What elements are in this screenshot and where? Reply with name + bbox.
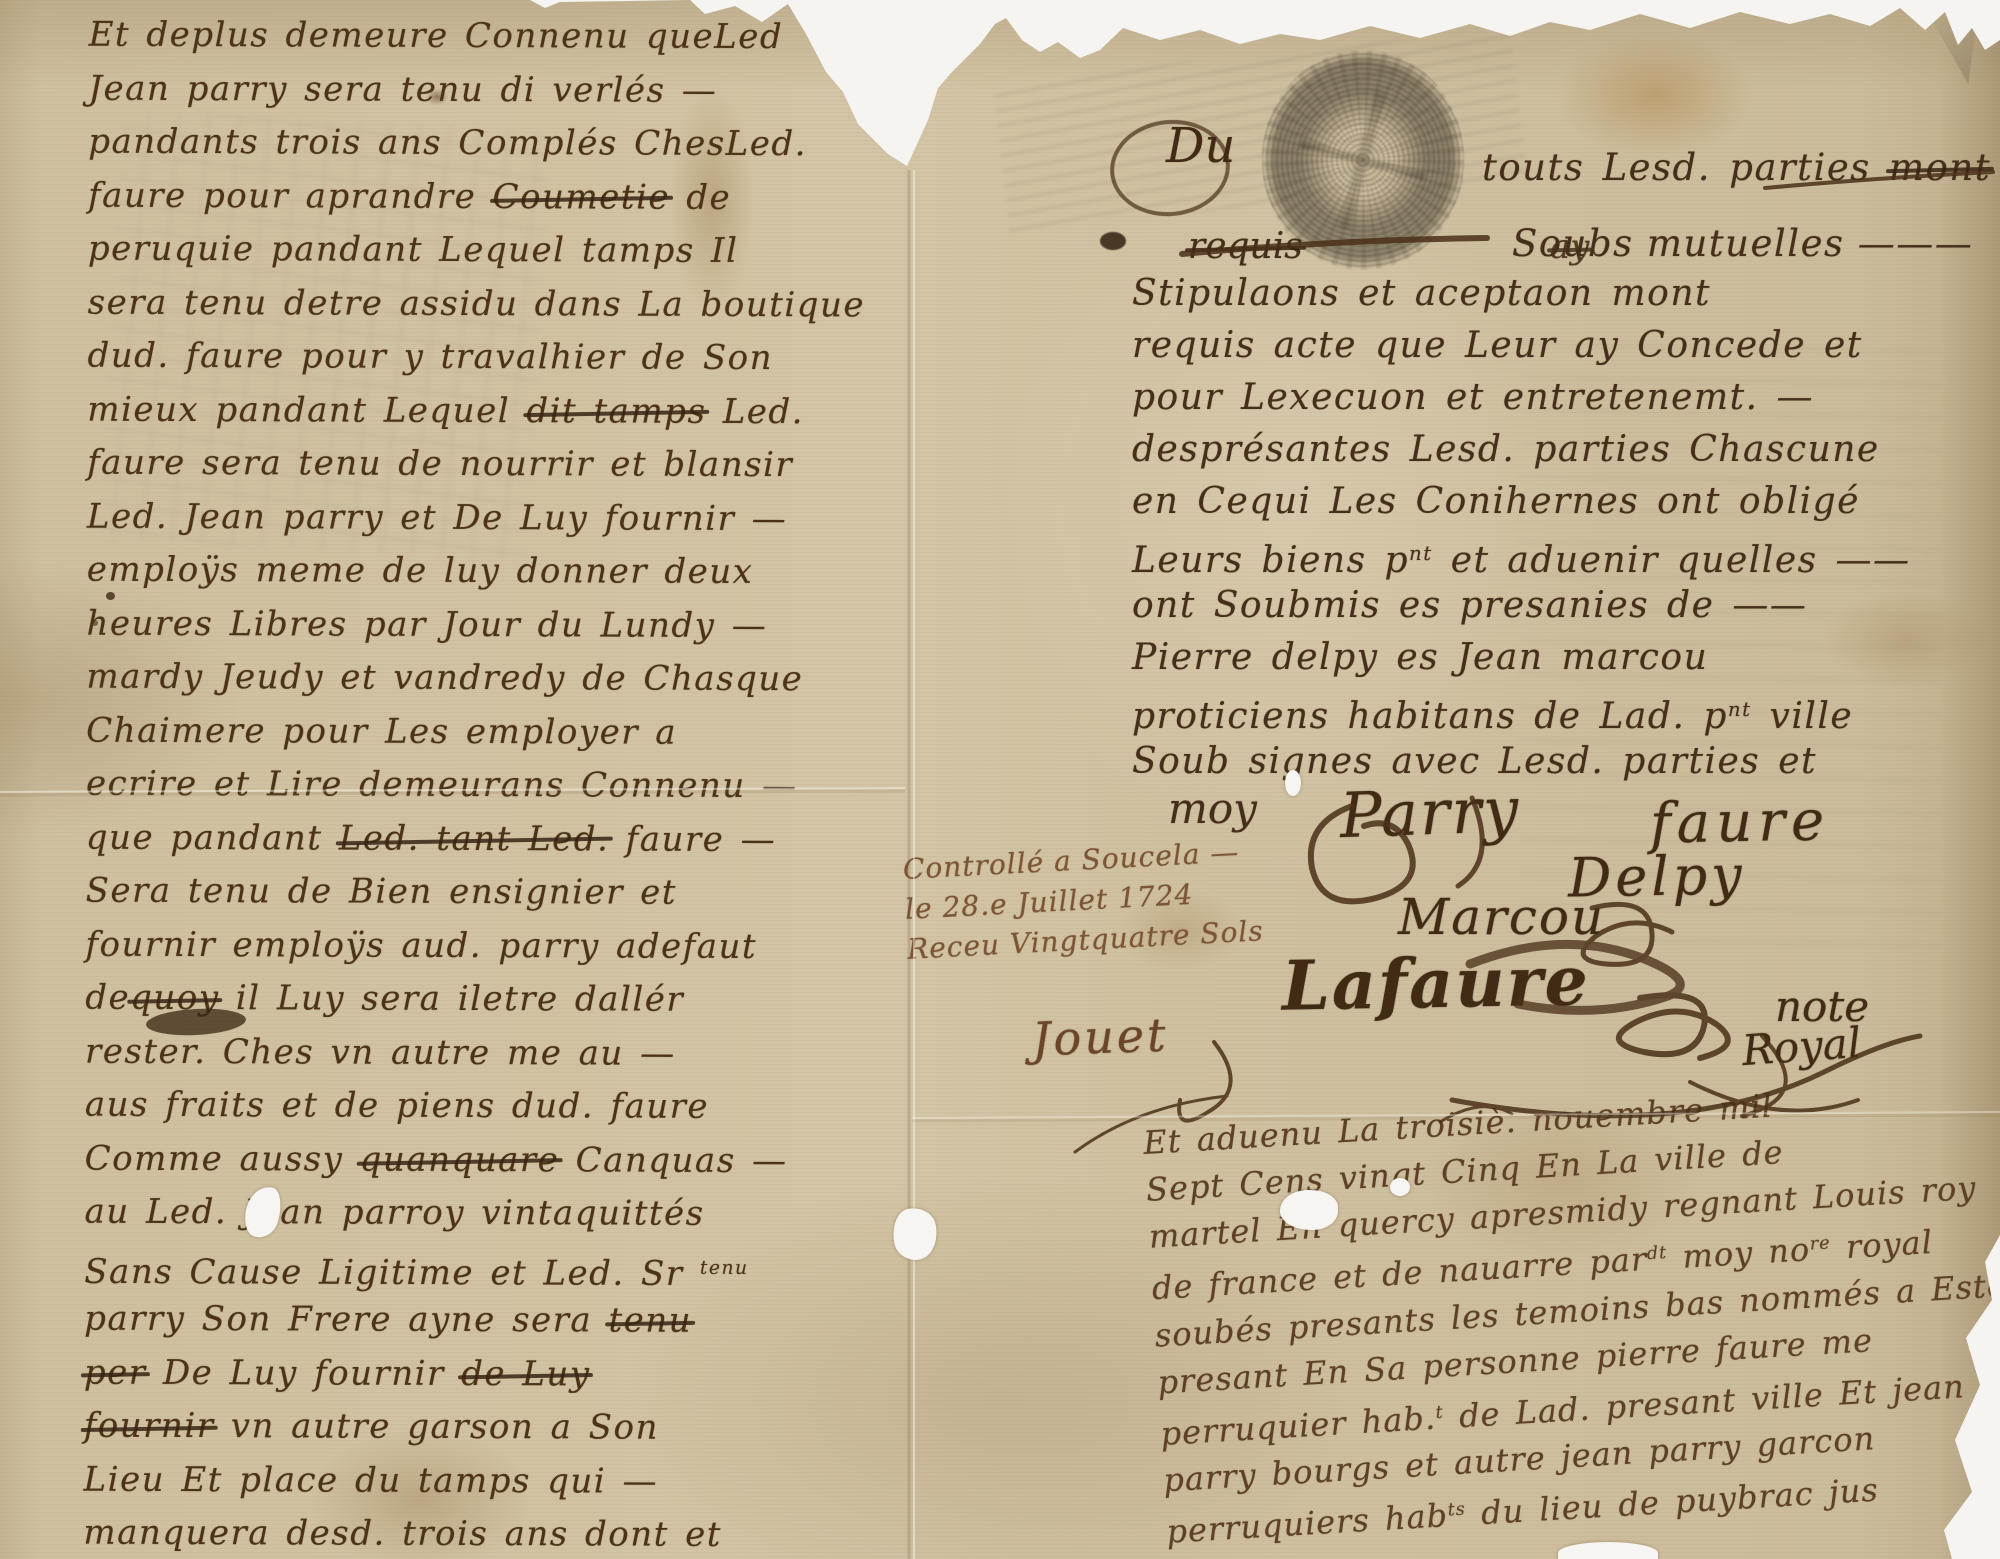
manuscript-line: Comme aussy quanquare Canquas — — [85, 1132, 863, 1188]
manuscript-line: Pierre delpy es Jean marcou — [1132, 632, 1911, 684]
manuscript-line: pour Lexecuon et entretenemt. — — [1132, 372, 1911, 424]
manuscript-line: peruquie pandant Lequel tamps Il — [88, 223, 866, 279]
manuscript-line: que pandant Led. tant Led. faure — — [86, 811, 864, 867]
right-line1: touts Lesd. parties mont — [1482, 146, 1991, 189]
word-du: Du — [1166, 118, 1235, 174]
manuscript-line: Sera tenu de Bien ensignier et — [86, 865, 864, 921]
folded-corner — [1930, 8, 1978, 84]
ink-blot — [1100, 232, 1126, 250]
signature-jouet: Jouet — [1031, 1008, 1169, 1067]
right-line2-struck: requis — [1188, 226, 1303, 267]
manuscript-line: per De Luy fournir de Luy — [84, 1346, 862, 1402]
paper-hole — [1285, 770, 1301, 796]
manuscript-line: Led. Jean parry et De Luy fournir — — [87, 490, 865, 546]
manuscript-line: proticiens habitans de Lad. pnt ville — [1132, 684, 1911, 736]
manuscript-line: parry Son Frere ayne sera tenu — [84, 1293, 862, 1349]
manuscript-line: ecrire et Lire demeurans Connenu — — [86, 758, 864, 814]
manuscript-line: au Led. Jean parroy vintaquittés — [84, 1186, 862, 1242]
manuscript-line: sera tenu detre assidu dans La boutique — [88, 276, 866, 332]
manuscript-line: mardy Jeudy et vandredy de Chasque — [86, 651, 864, 707]
signature-marcou: Marcou — [1398, 888, 1605, 946]
manuscript-line: fournir vn autre garson a Son — [84, 1400, 862, 1456]
manuscript-line: en Cequi Les Conihernes ont obligé — [1132, 476, 1911, 528]
manuscript-line: mieux pandant Lequel dit tamps Led. — [87, 383, 865, 439]
left-page-text: Et deplus demeure Connenu queLedJean par… — [83, 9, 866, 1559]
manuscript-line: manquera desd. trois ans dont et — [83, 1507, 861, 1559]
scanned-manuscript-document: Et deplus demeure Connenu queLedJean par… — [0, 0, 2000, 1559]
closing-block-lines: Et aduenu La troisiè. nouembre milSept C… — [1142, 1069, 2000, 1555]
registration-note-lines: Controllé a Soucela —le 28.e Juillet 172… — [902, 831, 1265, 970]
right-page-lines: Stipulaons et aceptaon montrequis acte q… — [1132, 268, 1911, 788]
manuscript-line: emploÿs meme de luy donner deux — [87, 544, 865, 600]
manuscript-line: faure pour aprandre Coumetie de — [88, 169, 866, 225]
manuscript-line: Lieu Et place du tamps qui — — [83, 1453, 861, 1509]
manuscript-line: rester. Ches vn autre me au — — [85, 1025, 863, 1081]
manuscript-line: Chaimere pour Les employer a — [86, 704, 864, 760]
signature-lafaure: Lafaure — [1281, 941, 1590, 1026]
word-moy: moy — [1168, 784, 1257, 833]
manuscript-line: faure sera tenu de nourrir et blansir — [87, 437, 865, 493]
manuscript-line: Stipulaons et aceptaon mont — [1132, 268, 1911, 320]
manuscript-line: requis acte que Leur ay Concede et — [1132, 320, 1911, 372]
manuscript-line: aus fraits et de piens dud. faure — [85, 1079, 863, 1135]
manuscript-line: Sans Cause Ligitime et Led. Sr tenu — [84, 1239, 862, 1295]
manuscript-line: Leurs biens pnt et aduenir quelles —— — [1132, 528, 1911, 580]
paper-hole — [889, 1205, 941, 1264]
manuscript-line: heures Libres par Jour du Lundy — — [86, 597, 864, 653]
manuscript-line: Jean parry sera tenu di verlés — — [88, 62, 866, 118]
paper-sheet: Et deplus demeure Connenu queLedJean par… — [0, 0, 2000, 1559]
paper-hole — [1390, 1178, 1410, 1196]
manuscript-line: dud. faure pour y travalhier de Son — [87, 330, 865, 386]
manuscript-line: Soub signes avec Lesd. parties et — [1132, 736, 1911, 788]
manuscript-line: desprésantes Lesd. parties Chascune — [1132, 424, 1911, 476]
paper-hole — [1280, 1190, 1338, 1230]
manuscript-line: dequoy il Luy sera iletre dallér — [85, 972, 863, 1028]
manuscript-line: fournir emploÿs aud. parry adefaut — [85, 918, 863, 974]
manuscript-line: Et deplus demeure Connenu queLed — [89, 9, 867, 65]
manuscript-line: pandants trois ans Complés ChesLed. — [88, 116, 866, 172]
paper-hole — [1558, 1542, 1658, 1559]
signature-royal-word: Royal — [1740, 1018, 1862, 1075]
signature-parry: Parry — [1339, 773, 1522, 852]
right-line2-rest: Soubs mutuelles ——— — [1512, 222, 1973, 265]
manuscript-line: ont Soubmis es presanies de —— — [1132, 580, 1911, 632]
